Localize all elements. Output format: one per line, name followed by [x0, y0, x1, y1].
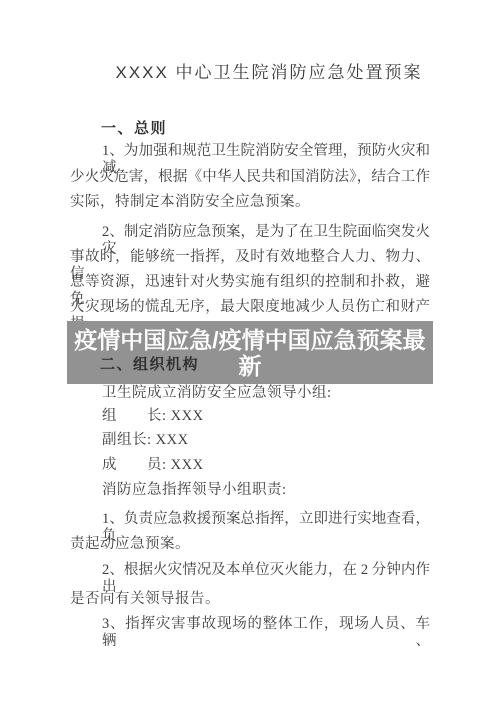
page-title: XXXX 中心卫生院消防应急处置预案	[88, 58, 450, 83]
org-intro-line: 卫生院成立消防安全应急领导小组:	[102, 385, 332, 402]
document-page: XXXX 中心卫生院消防应急处置预案 一、总则 1、为加强和规范卫生院消防安全管…	[0, 0, 500, 706]
org-leader-line: 组 长: XXX	[102, 408, 204, 425]
paragraph-line: 3、指挥灾害事故现场的整体工作，现场人员、车辆、	[102, 616, 430, 650]
paragraph-line: 少火灾危害，根据《中华人民共和国消防法》，结合工作	[70, 169, 430, 186]
paragraph-line: 是否向有关领导报告。	[70, 591, 220, 608]
section-heading-general: 一、总则	[101, 117, 167, 138]
org-duty-title-line: 消防应急指挥领导小组职责:	[102, 482, 287, 499]
paragraph-line: 实际，特制定本消防安全应急预案。	[70, 194, 310, 211]
org-deputy-line: 副组长: XXX	[102, 432, 189, 449]
org-member-line: 成 员: XXX	[102, 457, 204, 474]
section-heading-organization: 二、组织机构	[100, 353, 199, 374]
paragraph-line: 责起动应急预案。	[70, 536, 190, 553]
watermark-text-line1: 疫情中国应急/疫情中国应急预案最	[67, 327, 433, 353]
